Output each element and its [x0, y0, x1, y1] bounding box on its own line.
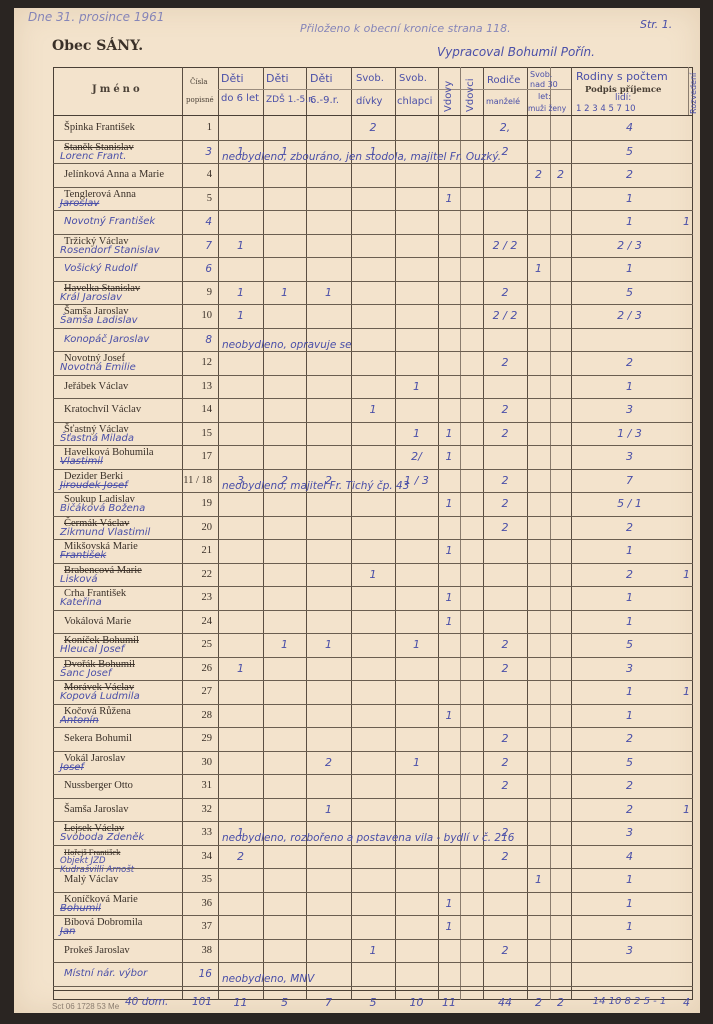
resident-name: Špinka František: [64, 122, 135, 133]
cell-fam: 1: [571, 920, 688, 933]
header-families-1: Rodiny s počtem: [576, 70, 668, 83]
cell-fam: 1: [571, 709, 688, 722]
house-number: 22: [182, 569, 212, 580]
col-divider: [263, 67, 264, 1000]
cell-fam: 5 / 1: [571, 497, 688, 510]
resident-name: Místní nár. výbor: [64, 968, 147, 979]
header-parents-1: Rodiče: [487, 75, 520, 86]
cell-rodice: 2: [483, 403, 527, 416]
col-divider: [438, 67, 439, 1000]
cell-d69: 2: [306, 756, 351, 769]
cell-rodice: 2: [483, 779, 527, 792]
cell-rodice: 2: [483, 427, 527, 440]
prepared-by-note: Vypracoval Bohumil Pořín.: [437, 45, 595, 59]
totals-house-count: 101: [182, 996, 212, 1008]
header-house-no-1: Čísla: [190, 78, 208, 86]
cell-rodice: 2: [483, 474, 527, 487]
row-divider: [53, 962, 693, 963]
cell-fam: 2: [571, 732, 688, 745]
chronicle-note: Přiloženo k obecní kronice strana 118.: [300, 22, 511, 35]
row-divider: [53, 633, 693, 634]
cell-fam: 5: [571, 638, 688, 651]
cell-fam: 3: [571, 450, 688, 463]
resident-name: Josef: [60, 762, 84, 773]
house-number: 28: [182, 710, 212, 721]
resident-name: Šanc Josef: [60, 668, 111, 679]
cell-nad30_zeny: 2: [550, 168, 571, 181]
resident-name: Šťastná Milada: [60, 433, 134, 444]
cell-rodice: 2: [483, 521, 527, 534]
house-number: 31: [182, 780, 212, 791]
row-divider: [53, 727, 693, 728]
header-widows: Vdovy: [443, 81, 454, 112]
cell-svob_divky: 1: [351, 944, 395, 957]
house-number: 14: [182, 404, 212, 415]
cell-d69: 1: [306, 803, 351, 816]
row-divider: [53, 657, 693, 658]
col-divider: [550, 67, 551, 1000]
row-divider: [53, 586, 693, 587]
header-single-boys-2: chlapci: [397, 96, 432, 107]
row-divider: [53, 610, 693, 611]
cell-fam: 3: [571, 944, 688, 957]
house-number: 7: [182, 240, 212, 252]
cell-svob_divky: 1: [351, 568, 395, 581]
cell-fam: 1: [571, 380, 688, 393]
row-divider: [53, 892, 693, 893]
total-svob_chlapci: 10: [395, 996, 438, 1009]
cell-rodice: 2: [483, 944, 527, 957]
row-divider: [53, 163, 693, 164]
row-divider: [53, 351, 693, 352]
house-number: 38: [182, 945, 212, 956]
cell-svob_divky: 2: [351, 121, 395, 134]
cell-svob_chlapci: 1: [395, 427, 438, 440]
cell-do6: 1: [218, 286, 263, 299]
resident-name: Sekera Bohumil: [64, 733, 132, 744]
cell-fam: 3: [571, 662, 688, 675]
resident-name: Kopová Ludmila: [60, 691, 140, 702]
row-divider: [53, 281, 693, 282]
resident-name: Novotný František: [64, 216, 155, 227]
cell-vdovy: 1: [438, 897, 460, 910]
house-number: 27: [182, 686, 212, 697]
row-divider: [53, 257, 693, 258]
house-number: 16: [182, 968, 212, 980]
header-name: Jméno: [92, 84, 143, 95]
cell-fam: 3: [571, 403, 688, 416]
house-number: 20: [182, 522, 212, 533]
cell-rodice: 2,: [483, 121, 527, 134]
cell-rozv: 1: [680, 685, 693, 698]
row-divider: [53, 680, 693, 681]
cell-fam: 2: [571, 803, 688, 816]
cell-svob_chlapci: 2/: [395, 450, 438, 463]
resident-name: Bičáková Božena: [60, 503, 145, 514]
total-svob_divky: 5: [351, 996, 395, 1009]
house-number: 36: [182, 898, 212, 909]
cell-do6: 1: [218, 239, 263, 252]
house-number: 17: [182, 451, 212, 462]
header-bottom-line: [53, 115, 693, 116]
header-kids-6-9-1: Děti: [310, 72, 333, 85]
page-label: Str. 1.: [640, 18, 672, 31]
cell-rodice: 2: [483, 497, 527, 510]
cell-rodice: 2: [483, 850, 527, 863]
row-divider: [53, 798, 693, 799]
page-title: Obec SÁNY.: [52, 38, 143, 54]
row-divider: [53, 304, 693, 305]
resident-name: Hleucal Josef: [60, 644, 124, 655]
cell-vdovy: 1: [438, 544, 460, 557]
resident-name: Svoboda Zdeněk: [60, 832, 144, 843]
cell-do6: 1: [218, 309, 263, 322]
resident-name: Bohumil: [60, 903, 101, 914]
col-divider: [306, 67, 307, 1000]
house-number: 24: [182, 616, 212, 627]
header-kids-zds-2: ZDŠ 1.-5.r.: [266, 95, 314, 105]
resident-name: Vokálová Marie: [64, 616, 131, 627]
cell-do6: 2: [218, 850, 263, 863]
cell-fam: 4: [571, 850, 688, 863]
row-note: neobydleno, zbouráno, jen stodola, majit…: [222, 151, 501, 163]
cell-svob_chlapci: 1: [395, 638, 438, 651]
cell-fam: 1: [571, 215, 688, 228]
row-note: neobydleno, rozbořeno a postavena vila -…: [222, 832, 514, 844]
total-rozv: 4: [680, 996, 693, 1009]
total-do6: 11: [218, 996, 263, 1009]
house-number: 33: [182, 827, 212, 838]
house-number: 26: [182, 663, 212, 674]
house-number: 34: [182, 851, 212, 862]
cell-rodice: 2: [483, 756, 527, 769]
totals-label: 40 dom.: [125, 996, 168, 1008]
row-divider: [53, 539, 693, 540]
house-number: 1: [182, 122, 212, 133]
cell-vdovy: 1: [438, 920, 460, 933]
total-vdovy: 11: [438, 996, 460, 1009]
house-number: 9: [182, 287, 212, 298]
cell-nad30_muzi: 1: [527, 873, 550, 886]
resident-name: Novotná Emilie: [60, 362, 136, 373]
header-kids-zds-1: Děti: [266, 72, 289, 85]
house-number: 4: [182, 216, 212, 228]
row-divider: [53, 210, 693, 211]
cell-fam: 3: [571, 826, 688, 839]
row-divider: [53, 821, 693, 822]
cell-fam: 1: [571, 897, 688, 910]
col-divider: [351, 67, 352, 1000]
cell-fam: 1: [571, 262, 688, 275]
resident-name: Jelínková Anna a Marie: [64, 169, 164, 180]
resident-name: Šamša Jaroslav: [64, 804, 128, 815]
row-divider: [53, 845, 693, 846]
header-single-over30-2: nad 30: [530, 80, 558, 89]
header-widowers: Vdovci: [465, 78, 476, 112]
cell-rozv: 1: [680, 215, 693, 228]
cell-fam: 1: [571, 192, 688, 205]
cell-vdovy: 1: [438, 709, 460, 722]
row-divider: [53, 422, 693, 423]
cell-vdovy: 1: [438, 192, 460, 205]
print-code: Sct 06 1728 53 Me: [52, 1002, 119, 1011]
cell-vdovy: 1: [438, 497, 460, 510]
resident-name: Antonín: [60, 715, 99, 726]
cell-rodice: 2: [483, 286, 527, 299]
house-number: 12: [182, 357, 212, 368]
row-divider: [53, 375, 693, 376]
cell-fam: 2: [571, 356, 688, 369]
row-divider: [53, 986, 693, 987]
total-fam: 14 10 8 2 5 - 1: [571, 996, 688, 1007]
row-divider: [53, 868, 693, 869]
resident-name: Král Jaroslav: [60, 292, 122, 303]
header-single-over30-3: let:: [538, 92, 551, 101]
row-note: neobydleno, MNV: [222, 973, 314, 985]
house-number: 15: [182, 428, 212, 439]
row-divider: [53, 939, 693, 940]
resident-name: Rosendorf Stanislav: [60, 245, 160, 256]
cell-svob_chlapci: 1: [395, 380, 438, 393]
cell-fam: 1: [571, 591, 688, 604]
row-divider: [53, 774, 693, 775]
date-note: Dne 31. prosince 1961: [28, 10, 164, 24]
cell-fam: 5: [571, 286, 688, 299]
header-single-over30-4: muži ženy: [528, 104, 566, 113]
row-divider: [53, 140, 693, 141]
house-number: 37: [182, 921, 212, 932]
header-divorced: Rozvedení: [689, 73, 698, 114]
row-note: neobydleno, majitel Fr. Tichý čp. 43: [222, 480, 409, 492]
col-divider: [527, 67, 528, 1000]
row-divider: [53, 704, 693, 705]
cell-zds: 1: [263, 638, 306, 651]
house-number: 29: [182, 733, 212, 744]
cell-zds: 1: [263, 286, 306, 299]
cell-fam: 1: [571, 544, 688, 557]
cell-svob_chlapci: 1: [395, 756, 438, 769]
resident-name: Malý Václav: [64, 874, 118, 885]
header-kids-under6-2: do 6 let: [221, 93, 259, 104]
header-kids-under6-1: Děti: [221, 72, 244, 85]
cell-rodice: 2 / 2: [483, 239, 527, 252]
resident-name: Konopáč Jaroslav: [64, 334, 149, 345]
resident-name: Lisková: [60, 574, 98, 585]
cell-fam: 2: [571, 779, 688, 792]
house-number: 4: [182, 169, 212, 180]
resident-name: Vošický Rudolf: [64, 263, 137, 274]
row-divider: [53, 751, 693, 752]
house-number: 21: [182, 545, 212, 556]
row-divider: [53, 187, 693, 188]
cell-fam: 5: [571, 145, 688, 158]
house-number: 32: [182, 804, 212, 815]
header-single-girls-2: dívky: [356, 96, 382, 107]
cell-fam: 2 / 3: [571, 309, 688, 322]
row-divider: [53, 328, 693, 329]
cell-svob_divky: 1: [351, 403, 395, 416]
resident-name: Jaroslav: [60, 198, 99, 209]
cell-d69: 1: [306, 286, 351, 299]
header-subdivider: [218, 89, 571, 90]
cell-rodice: 2: [483, 732, 527, 745]
cell-fam: 1: [571, 873, 688, 886]
row-divider: [53, 492, 693, 493]
header-kids-6-9-2: 6.-9.r.: [310, 95, 339, 106]
header-parents-2: manželé: [486, 97, 520, 106]
row-divider: [53, 469, 693, 470]
cell-rodice: 2: [483, 638, 527, 651]
cell-fam: 4: [571, 121, 688, 134]
cell-fam: 2: [571, 521, 688, 534]
cell-fam: 2: [571, 568, 688, 581]
row-divider: [53, 445, 693, 446]
resident-name: Nussberger Otto: [64, 780, 133, 791]
total-nad30_muzi: 2: [527, 996, 550, 1009]
resident-name: Kratochvíl Václav: [64, 404, 141, 415]
cell-fam: 1: [571, 685, 688, 698]
cell-rodice: 2: [483, 662, 527, 675]
header-house-no-2: popisné: [186, 96, 214, 104]
header-single-girls-1: Svob.: [356, 73, 384, 84]
cell-rodice: 2 / 2: [483, 309, 527, 322]
total-nad30_zeny: 2: [550, 996, 571, 1009]
cell-fam: 5: [571, 756, 688, 769]
cell-nad30_muzi: 1: [527, 262, 550, 275]
house-number: 25: [182, 639, 212, 650]
cell-fam: 2 / 3: [571, 239, 688, 252]
cell-vdovy: 1: [438, 591, 460, 604]
cell-rodice: 2: [483, 356, 527, 369]
resident-name: Lorenc Frant.: [60, 151, 126, 162]
resident-name: Bíbová Dobromila: [64, 917, 142, 928]
house-number: 3: [182, 146, 212, 158]
cell-fam: 7: [571, 474, 688, 487]
house-number: 10: [182, 310, 212, 321]
house-number: 13: [182, 381, 212, 392]
house-number: 35: [182, 874, 212, 885]
row-divider: [53, 563, 693, 564]
total-rodice: 44: [483, 996, 527, 1009]
col-divider: [460, 67, 461, 1000]
cell-d69: 1: [306, 638, 351, 651]
resident-name: Jiroudek Josef: [60, 480, 128, 491]
house-number: 19: [182, 498, 212, 509]
cell-vdovy: 1: [438, 450, 460, 463]
cell-fam: 2: [571, 168, 688, 181]
header-single-boys-1: Svob.: [399, 73, 427, 84]
resident-name: Kateřina: [60, 597, 102, 608]
header-families-2: lidí:: [615, 93, 631, 103]
totals-divider: [53, 990, 693, 991]
cell-fam: 1: [571, 615, 688, 628]
house-number: 5: [182, 193, 212, 204]
cell-do6: 1: [218, 662, 263, 675]
cell-fam: 1 / 3: [571, 427, 688, 440]
cell-vdovy: 1: [438, 427, 460, 440]
header-single-over30-1: Svob.: [530, 70, 552, 79]
total-zds: 5: [263, 996, 306, 1009]
resident-name: Prokeš Jaroslav: [64, 945, 130, 956]
header-families-sizes: 1 2 3 4 5 7 10: [576, 104, 635, 114]
cell-vdovy: 1: [438, 615, 460, 628]
resident-name: Jeřábek Václav: [64, 381, 128, 392]
resident-name: Vlastimil: [60, 456, 103, 467]
total-d69: 7: [306, 996, 351, 1009]
resident-name: František: [60, 550, 106, 561]
row-divider: [53, 915, 693, 916]
cell-rozv: 1: [680, 803, 693, 816]
house-number: 30: [182, 757, 212, 768]
row-divider: [53, 516, 693, 517]
resident-name: Šamša Ladislav: [60, 315, 138, 326]
col-divider: [395, 67, 396, 1000]
house-number: 23: [182, 592, 212, 603]
row-note: neobydleno, opravuje se: [222, 339, 352, 351]
row-divider: [53, 234, 693, 235]
resident-name: Zikmund Vlastimil: [60, 527, 150, 538]
house-number: 8: [182, 334, 212, 346]
row-divider: [53, 398, 693, 399]
house-number: 6: [182, 263, 212, 275]
resident-name: Kudrašvilli Arnošt: [60, 865, 134, 875]
resident-name: Jan: [60, 926, 75, 937]
cell-rozv: 1: [680, 568, 693, 581]
cell-nad30_muzi: 2: [527, 168, 550, 181]
house-number: 11 / 18: [182, 475, 212, 486]
